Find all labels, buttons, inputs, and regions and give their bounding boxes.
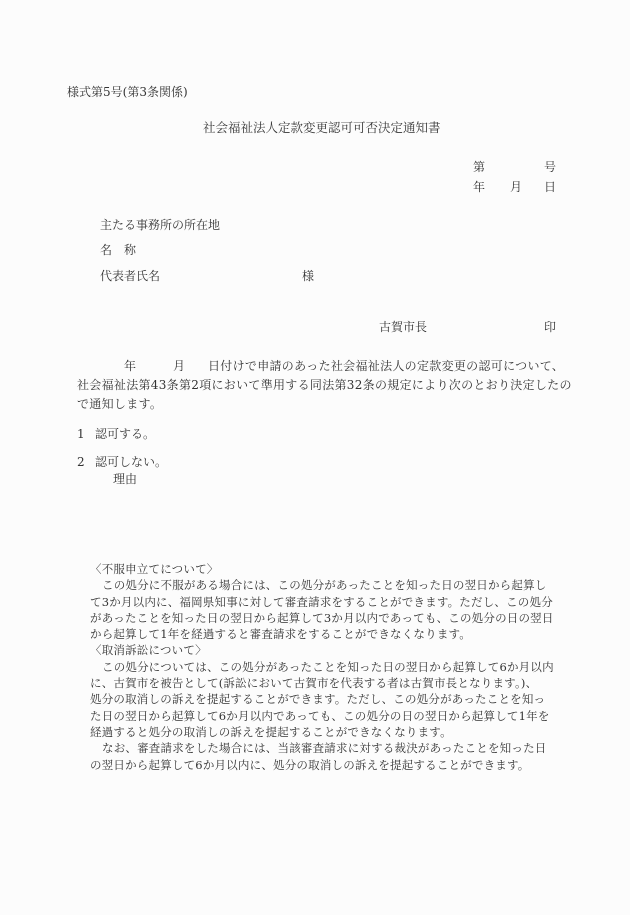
additional-line: の翌日から起算して6か月以内に、処分の取消しの訴えを提起することができます。 — [90, 757, 590, 773]
lawsuit-line: に、古賀市を被告として(訴訟において古賀市を代表する者は古賀市長となります。)、 — [90, 675, 590, 691]
body-line-3: で通知します。 — [77, 395, 577, 414]
body-month: 月 — [173, 357, 185, 376]
body-line-1: 日付けで申請のあった社会福祉法人の定款変更の認可について、 — [208, 357, 564, 376]
option-1-label: 認可する。 — [95, 427, 155, 441]
body-line-2: 社会福祉法第43条第2項において準用する同法第32条の規定により次のとおり決定し… — [77, 376, 577, 395]
appeal-line: があったことを知った日の翌日から起算して3か月以内であっても、この処分の日の翌日 — [90, 610, 590, 626]
additional-line: なお、審査請求をした場合には、当該審査請求に対する裁決があったことを知った日 — [90, 740, 590, 756]
notice-section: 〈不服申立てについて〉 この処分に不服がある場合には、この処分があったことを知っ… — [90, 561, 590, 773]
lawsuit-line: 経過すると処分の取消しの訴えを提起することができなくなります。 — [90, 724, 590, 740]
appeal-heading: 〈不服申立てについて〉 — [90, 561, 590, 577]
date-year: 年 — [473, 180, 485, 194]
body-paragraph: 年 月 日付けで申請のあった社会福祉法人の定款変更の認可について、 社会福祉法第… — [77, 357, 577, 414]
lawsuit-line: この処分については、この処分があったことを知った日の翌日から起算して6か月以内 — [90, 659, 590, 675]
reason-label: 理由 — [113, 472, 137, 486]
recipient-name-label: 名 称 — [100, 243, 136, 257]
lawsuit-line: た日の翌日から起算して6か月以内であっても、この処分の日の翌日から起算して1年を — [90, 708, 590, 724]
body-year: 年 — [124, 357, 136, 376]
representative-label: 代表者氏名 — [100, 269, 160, 283]
issuer-name: 古賀市長 — [379, 320, 427, 334]
appeal-line: から起算して1年を経過すると審査請求をすることができなくなります。 — [90, 626, 590, 642]
option-1-number: 1 — [77, 427, 85, 441]
document-title: 社会福祉法人定款変更認可可否決定通知書 — [203, 121, 441, 135]
recipient-address-label: 主たる事務所の所在地 — [100, 218, 220, 232]
option-2-label: 認可しない。 — [95, 455, 167, 469]
number-prefix: 第 — [473, 160, 485, 174]
lawsuit-line: 処分の取消しの訴えを提起することができます。ただし、この処分があったことを知っ — [90, 691, 590, 707]
form-id: 様式第5号(第3条関係) — [67, 85, 188, 99]
option-2-number: 2 — [77, 455, 85, 469]
number-suffix: 号 — [544, 160, 556, 174]
appeal-line: て3か月以内に、福岡県知事に対して審査請求をすることができます。ただし、この処分 — [90, 594, 590, 610]
appeal-line: この処分に不服がある場合には、この処分があったことを知った日の翌日から起算し — [90, 577, 590, 593]
date-month: 月 — [510, 180, 522, 194]
date-day: 日 — [544, 180, 556, 194]
seal-mark: 印 — [544, 320, 556, 334]
lawsuit-heading: 〈取消訴訟について〉 — [90, 642, 590, 658]
honorific: 様 — [302, 269, 314, 283]
